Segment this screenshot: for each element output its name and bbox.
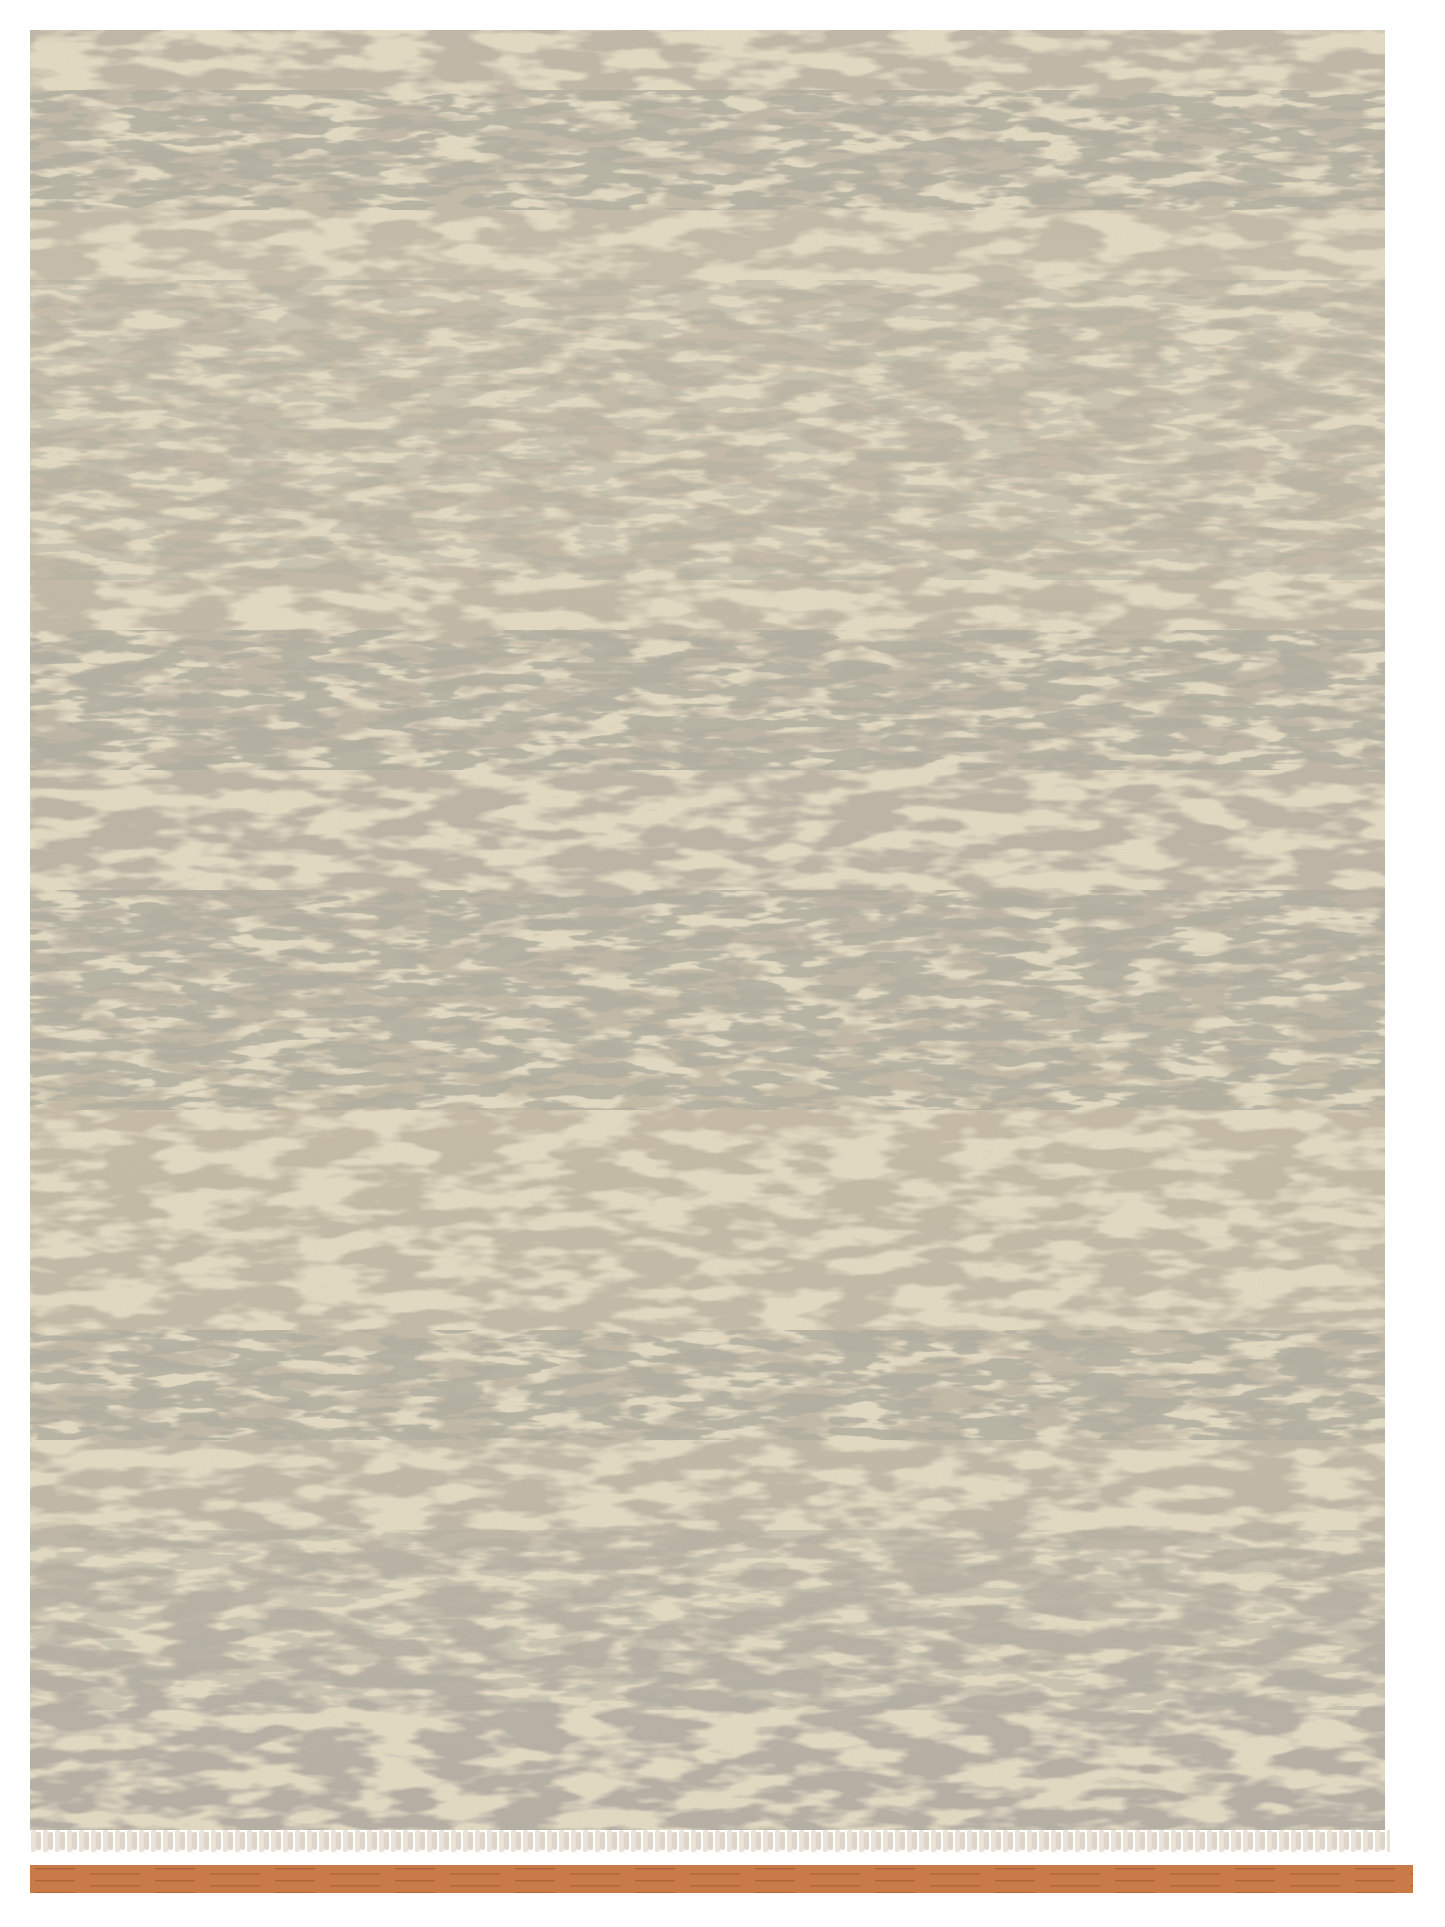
rug-fringe [30,1830,1390,1870]
rug-photo [30,30,1413,1893]
rug-field [30,30,1385,1830]
